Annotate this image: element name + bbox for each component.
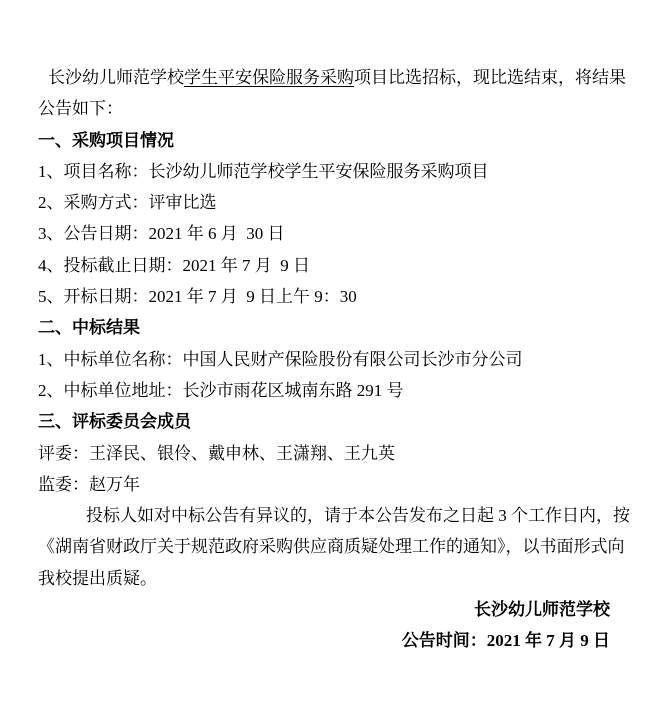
objection-line2: 《湖南省财政厅关于规范政府采购供应商质疑处理工作的通知》，以书面形式向 [38, 537, 625, 556]
intro-text-before-underline: 长沙幼儿师范学校 [48, 68, 184, 87]
item-procurement-method: 2、采购方式：评审比选 [38, 187, 630, 218]
item-bid-deadline: 4、投标截止日期：2021 年 7 月 9 日 [38, 250, 630, 281]
intro-underlined-project-name: 学生平安保险服务采购 [184, 68, 354, 87]
signature-block: 长沙幼儿师范学校 公告时间：2021 年 7 月 9 日 [38, 594, 630, 657]
item-winning-bidder-address: 2、中标单位地址：长沙市雨花区城南东路 291 号 [38, 375, 630, 406]
signature-organization: 长沙幼儿师范学校 [38, 594, 610, 625]
section-heading-evaluation-committee: 三、评标委员会成员 [38, 406, 630, 437]
intro-line2: 公告如下： [38, 99, 123, 118]
section-heading-award-result: 二、中标结果 [38, 312, 630, 343]
item-winning-bidder-name: 1、中标单位名称：中国人民财产保险股份有限公司长沙市分公司 [38, 344, 630, 375]
section-heading-project-info: 一、采购项目情况 [38, 125, 630, 156]
item-announcement-date: 3、公告日期：2021 年 6 月 30 日 [38, 218, 630, 249]
objection-line1: 投标人如对中标公告有异议的，请于本公告发布之日起 3 个工作日内，按 [86, 506, 630, 525]
intro-paragraph: 长沙幼儿师范学校学生平安保险服务采购项目比选招标，现比选结束，将结果公告如下： [38, 62, 630, 125]
intro-text-after-underline: 项目比选招标，现比选结束，将结果 [354, 68, 626, 87]
signature-date: 公告时间：2021 年 7 月 9 日 [38, 625, 610, 656]
item-bid-opening-date: 5、开标日期：2021 年 7 月 9 日上午 9：30 [38, 281, 630, 312]
item-project-name: 1、项目名称：长沙幼儿师范学校学生平安保险服务采购项目 [38, 156, 630, 187]
item-supervisor: 监委：赵万年 [38, 469, 630, 500]
item-evaluators: 评委：王泽民、银伶、戴申林、王潇翔、王九英 [38, 438, 630, 469]
objection-paragraph: 投标人如对中标公告有异议的，请于本公告发布之日起 3 个工作日内，按《湖南省财政… [38, 500, 630, 594]
objection-line3: 我校提出质疑。 [38, 569, 157, 588]
announcement-document: 长沙幼儿师范学校学生平安保险服务采购项目比选招标，现比选结束，将结果公告如下： … [0, 0, 670, 702]
